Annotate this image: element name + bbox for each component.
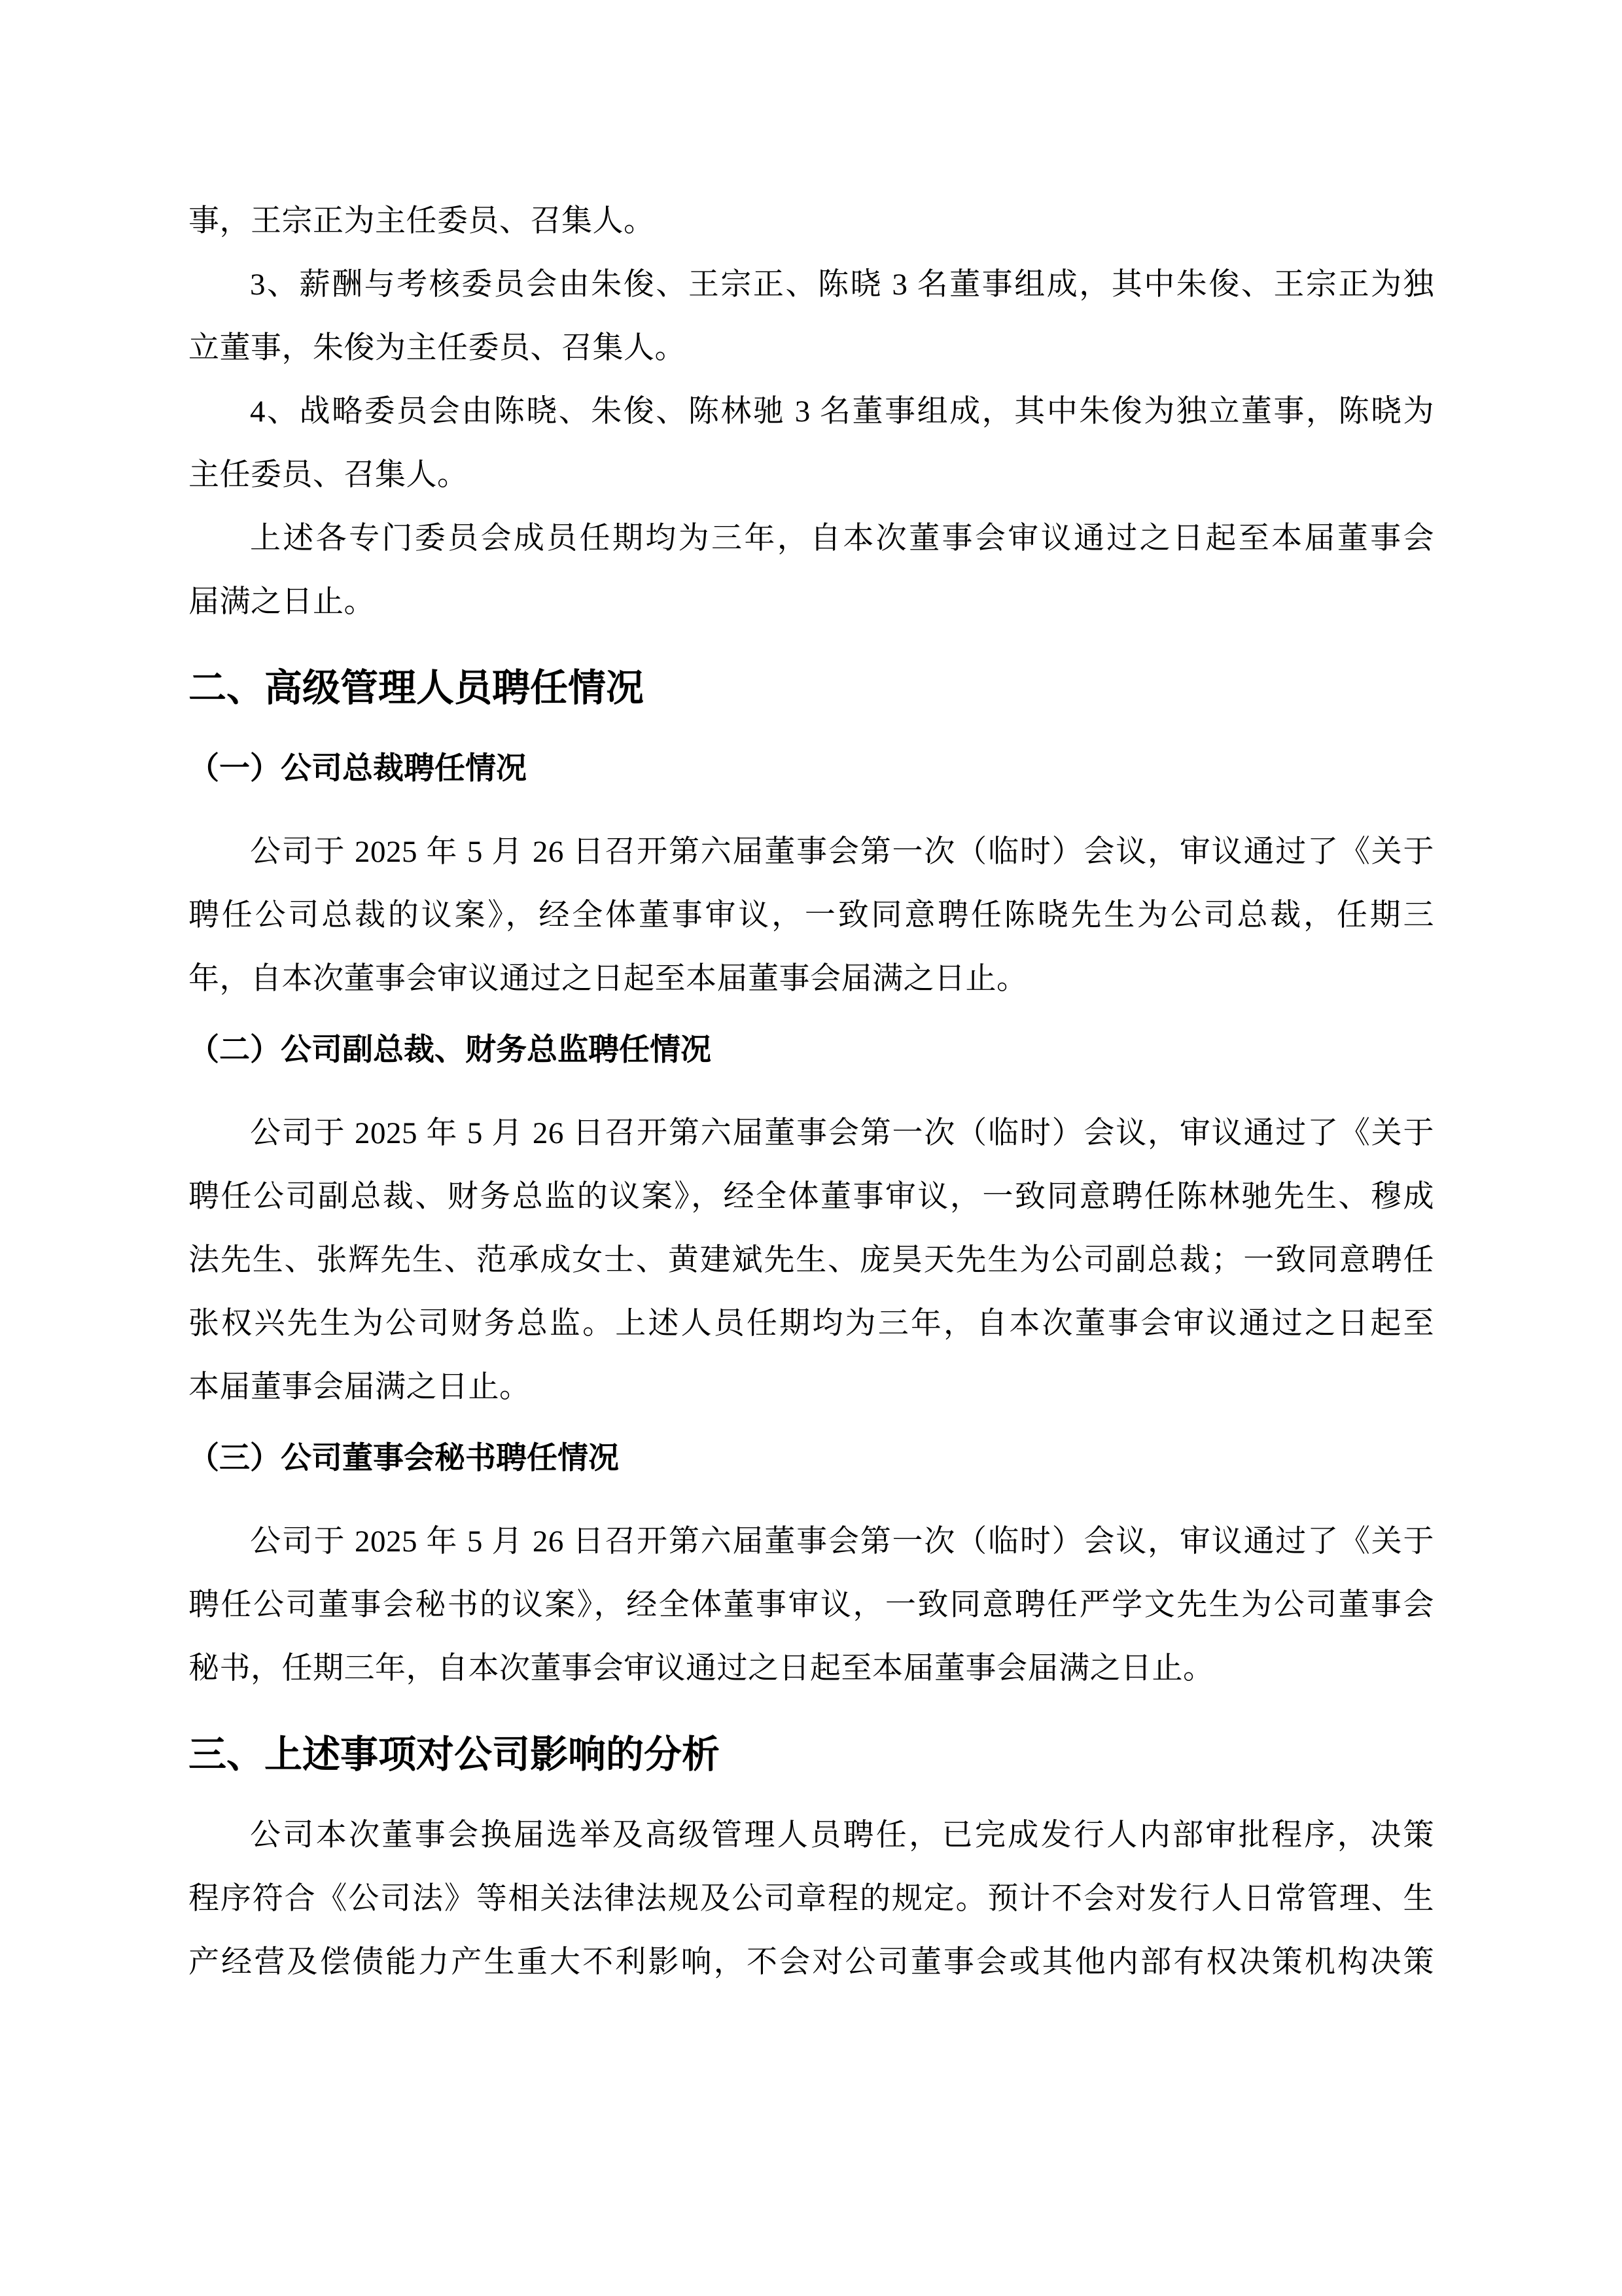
paragraph-impact-analysis-line: 产经营及偿债能力产生重大不利影响，不会对公司董事会或其他内部有权决策机构决策 [188, 1931, 1434, 1994]
paragraph-vice-president-line: 张权兴先生为公司财务总监。上述人员任期均为三年，自本次董事会审议通过之日起至 [188, 1292, 1434, 1356]
paragraph-board-secretary-line: 聘任公司董事会秘书的议案》，经全体董事审议，一致同意聘任严学文先生为公司董事会 [188, 1574, 1434, 1637]
paragraph-board-secretary-line: 公司于 2025 年 5 月 26 日召开第六届董事会第一次（临时）会议，审议通… [188, 1510, 1434, 1574]
paragraph-vice-president-line: 聘任公司副总裁、财务总监的议案》，经全体董事审议，一致同意聘任陈林驰先生、穆成 [188, 1165, 1434, 1229]
paragraph-vice-president-line: 公司于 2025 年 5 月 26 日召开第六届董事会第一次（临时）会议，审议通… [188, 1102, 1434, 1165]
paragraph-president-line: 公司于 2025 年 5 月 26 日召开第六届董事会第一次（临时）会议，审议通… [188, 821, 1434, 884]
document-page: 事，王宗正为主任委员、召集人。 3、薪酬与考核委员会由朱俊、王宗正、陈晓 3 名… [0, 0, 1622, 2296]
paragraph-committee-term-line: 届满之日止。 [188, 571, 1434, 634]
paragraph-board-secretary-line: 秘书，任期三年，自本次董事会审议通过之日起至本届董事会届满之日止。 [188, 1637, 1434, 1701]
section-heading-senior-management: 二、高级管理人员聘任情况 [188, 652, 1434, 724]
subsection-heading-vice-president: （二）公司副总裁、财务总监聘任情况 [188, 1019, 1434, 1082]
subsection-heading-board-secretary: （三）公司董事会秘书聘任情况 [188, 1427, 1434, 1491]
paragraph-remuneration-committee-line: 立董事，朱俊为主任委员、召集人。 [188, 317, 1434, 380]
paragraph-committee-term-line: 上述各专门委员会成员任期均为三年，自本次董事会审议通过之日起至本届董事会 [188, 507, 1434, 571]
paragraph-continuation-line: 事，王宗正为主任委员、召集人。 [188, 190, 1434, 253]
subsection-heading-president: （一）公司总裁聘任情况 [188, 737, 1434, 801]
paragraph-vice-president-line: 法先生、张辉先生、范承成女士、黄建斌先生、庞昊天先生为公司副总裁；一致同意聘任 [188, 1229, 1434, 1292]
section-heading-impact-analysis: 三、上述事项对公司影响的分析 [188, 1719, 1434, 1791]
paragraph-remuneration-committee-line: 3、薪酬与考核委员会由朱俊、王宗正、陈晓 3 名董事组成，其中朱俊、王宗正为独 [188, 253, 1434, 317]
paragraph-impact-analysis-line: 程序符合《公司法》等相关法律法规及公司章程的规定。预计不会对发行人日常管理、生 [188, 1867, 1434, 1931]
paragraph-president-line: 年，自本次董事会审议通过之日起至本届董事会届满之日止。 [188, 947, 1434, 1011]
paragraph-president-line: 聘任公司总裁的议案》，经全体董事审议，一致同意聘任陈晓先生为公司总裁，任期三 [188, 884, 1434, 947]
document-body: 事，王宗正为主任委员、召集人。 3、薪酬与考核委员会由朱俊、王宗正、陈晓 3 名… [0, 0, 1622, 1994]
paragraph-impact-analysis-line: 公司本次董事会换届选举及高级管理人员聘任，已完成发行人内部审批程序，决策 [188, 1804, 1434, 1867]
paragraph-strategy-committee-line: 主任委员、召集人。 [188, 444, 1434, 507]
paragraph-vice-president-line: 本届董事会届满之日止。 [188, 1356, 1434, 1419]
paragraph-strategy-committee-line: 4、战略委员会由陈晓、朱俊、陈林驰 3 名董事组成，其中朱俊为独立董事，陈晓为 [188, 380, 1434, 444]
